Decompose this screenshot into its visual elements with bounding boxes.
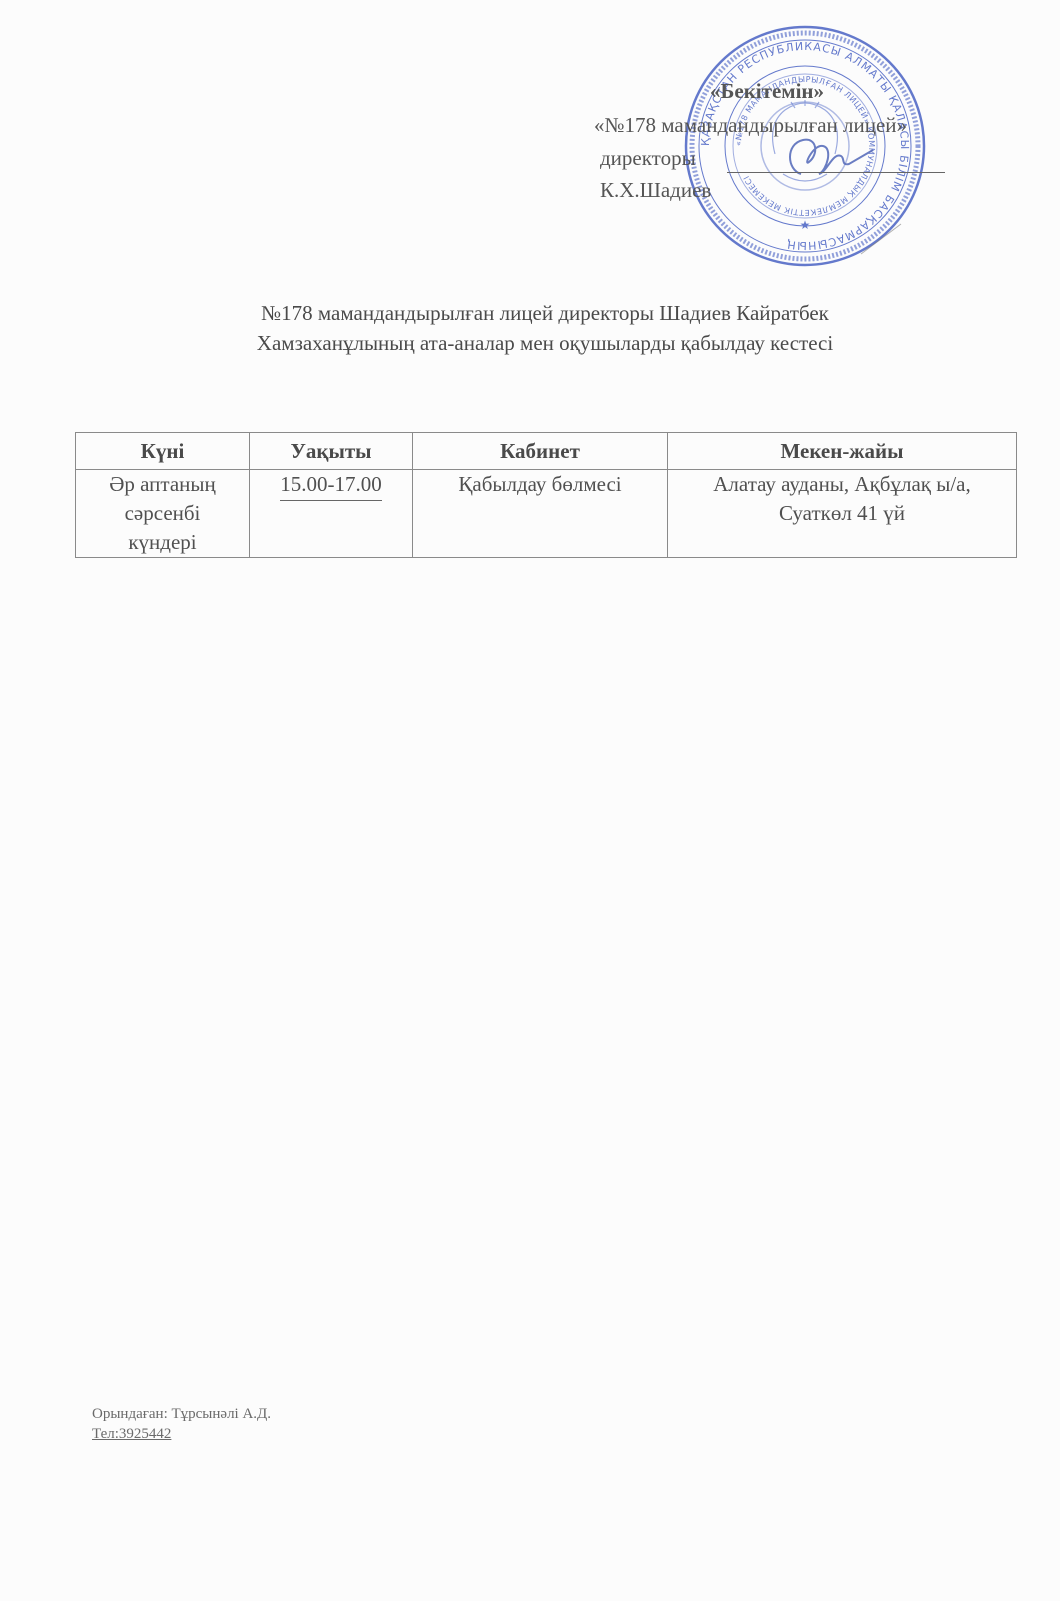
header-time: Уақыты <box>250 433 413 470</box>
room-value: Қабылдау бөлмесі <box>417 470 663 499</box>
document-title: №178 мамандандырылған лицей директоры Ша… <box>0 298 1060 358</box>
day-line: Әр аптаның <box>80 470 245 499</box>
cell-room: Қабылдау бөлмесі <box>413 470 668 558</box>
table-row: Әр аптаның сәрсенбі күндері 15.00-17.00 … <box>76 470 1017 558</box>
header-address: Мекен-жайы <box>668 433 1017 470</box>
cell-time: 15.00-17.00 <box>250 470 413 558</box>
approval-position: директоры <box>600 142 696 174</box>
address-line: Суаткөл 41 үй <box>672 499 1012 528</box>
header-room: Кабинет <box>413 433 668 470</box>
official-seal-icon: ҚАЗАҚСТАН РЕСПУБЛИКАСЫ АЛМАТЫ ҚАЛАСЫ БІЛ… <box>683 24 927 268</box>
header-day: Күні <box>76 433 250 470</box>
footer: Орындаған: Тұрсынәлі А.Д. Тел:3925442 <box>92 1404 271 1444</box>
day-line: сәрсенбі <box>80 499 245 528</box>
table-header-row: Күні Уақыты Кабинет Мекен-жайы <box>76 433 1017 470</box>
time-value: 15.00-17.00 <box>280 470 382 501</box>
approval-title: «Бекітемін» <box>710 75 824 107</box>
executor-text: Орындаған: Тұрсынәлі А.Д. <box>92 1404 271 1424</box>
reception-schedule-table: Күні Уақыты Кабинет Мекен-жайы Әр аптаны… <box>75 432 1017 558</box>
cell-day: Әр аптаның сәрсенбі күндері <box>76 470 250 558</box>
signature-line <box>727 172 945 173</box>
address-line: Алатау ауданы, Ақбұлақ ы/а, <box>672 470 1012 499</box>
document-title-line2: Хамзаханұлының ата-аналар мен оқушыларды… <box>0 328 1060 358</box>
approval-organization: «№178 мамандандырылған лицей» <box>594 109 907 141</box>
day-line: күндері <box>80 528 245 557</box>
phone-text: Тел:3925442 <box>92 1424 271 1444</box>
approval-name: К.Х.Шадиев <box>600 174 711 206</box>
document-title-line1: №178 мамандандырылған лицей директоры Ша… <box>0 298 1060 328</box>
svg-text:★: ★ <box>800 218 811 232</box>
cell-address: Алатау ауданы, Ақбұлақ ы/а, Суаткөл 41 ү… <box>668 470 1017 558</box>
